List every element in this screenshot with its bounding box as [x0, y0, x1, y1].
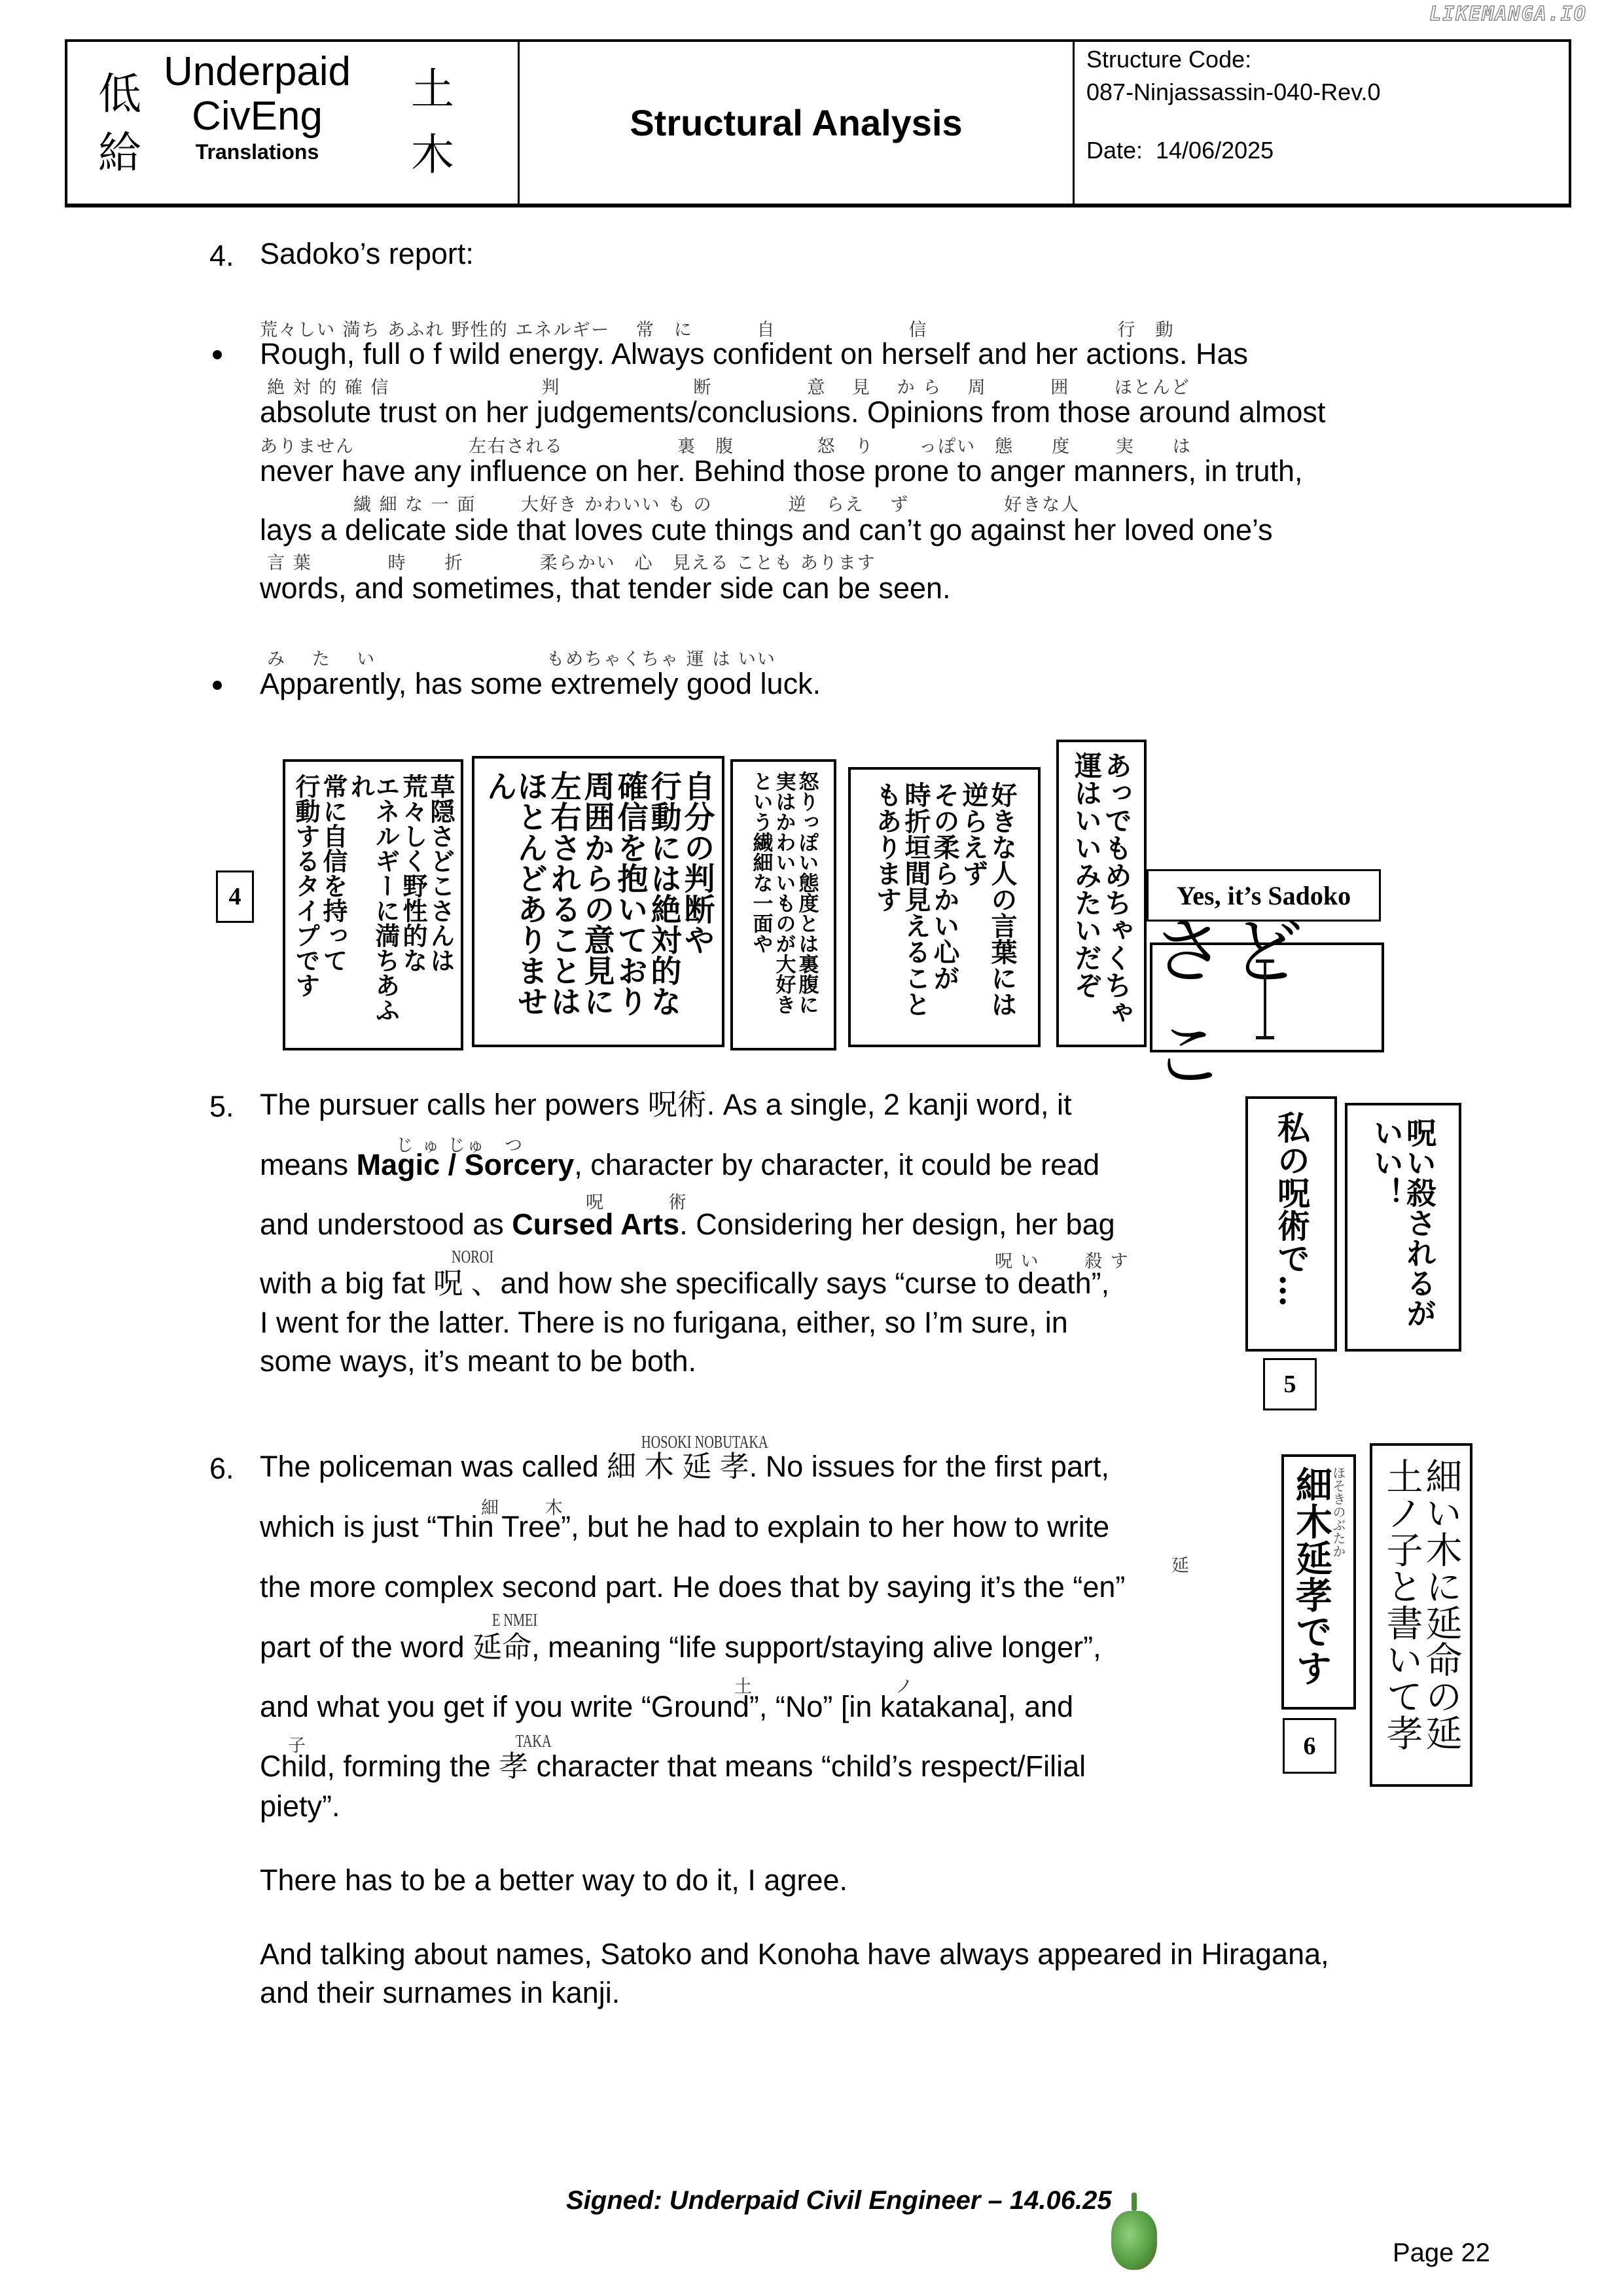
panel-text-column: 実はかわいいものが大好き [774, 771, 794, 1039]
title-block: Structural Analysis [520, 42, 1075, 204]
panel-text-column: 怒りっぽい態度とは裏腹に [796, 771, 817, 1039]
section-6-line: piety”. [260, 1791, 340, 1821]
panel-text-column: 草隠さどこさんは [428, 774, 453, 1036]
watermark: LIKEMANGA.IO [1429, 3, 1587, 26]
manga-panel: 好きな人の言葉には 逆らえず その柔らかい心が 時折垣間見えること もあります [848, 767, 1041, 1047]
section-6-number: 6. [209, 1452, 234, 1486]
panel-text-column: 私の呪術で… [1275, 1111, 1308, 1337]
panel-text-column: 逆らえず [960, 781, 986, 1033]
panel-text-column: 常に自信を持って [321, 774, 346, 1036]
report-line: words, and sometimes, that tender side c… [260, 573, 951, 603]
document-header: 低 給 Underpaid CivEng Translations 土 木 St… [65, 39, 1571, 207]
section-5-line: means Magic / Sorcery, character by char… [260, 1150, 1099, 1179]
structure-code-label: Structure Code: [1086, 46, 1251, 73]
meta-block: Structure Code: 087-Ninjassassin-040-Rev… [1075, 42, 1569, 204]
pepper-body [1111, 2211, 1157, 2270]
panel-text-column: あっでもめちゃくちゃ [1103, 751, 1130, 1035]
panel-text-column: 左右されることは [548, 770, 579, 1033]
panel-text-column: 自分の判断や [682, 770, 713, 1033]
section-6-line: Child, forming the 孝 character that mean… [260, 1751, 1086, 1781]
report-line: lays a delicate side that loves cute thi… [260, 515, 1273, 545]
section-5-number: 5. [209, 1090, 234, 1124]
logo-line-2: CivEng [149, 94, 365, 139]
section-6-paragraph: And talking about names, Satoko and Kono… [260, 1939, 1329, 1969]
text: and understood as [260, 1208, 512, 1241]
section-6-line: The policeman was called 細 木 延 孝. No iss… [260, 1452, 1109, 1481]
manga-panel: 呪い殺されるが いい！ [1345, 1103, 1461, 1352]
section-5-line: I went for the latter. There is no furig… [260, 1308, 1068, 1337]
panel-text-column: 運はいいみたいだぞ [1073, 751, 1100, 1035]
date-label: Date: [1086, 137, 1143, 164]
panel-text-column: エネルギーに満ちあふれ [348, 774, 398, 1036]
ruby-line: TAKA [516, 1731, 552, 1751]
text-cursor-icon [1264, 960, 1266, 1039]
panel-text-column: もあります [874, 781, 900, 1033]
term-cursed-arts: Cursed Arts [512, 1208, 679, 1241]
term-magic: Magic [357, 1148, 440, 1181]
panel-text-column: 土ノ子と書いて孝 [1383, 1458, 1420, 1772]
manga-panel: 怒りっぽい態度とは裏腹に 実はかわいいものが大好き という繊細な一面や [730, 759, 836, 1050]
report-line: Rough, full o f wild energy. Always conf… [260, 339, 1248, 368]
section-4-number: 4. [209, 239, 234, 273]
section-5-line: The pursuer calls her powers 呪術. As a si… [260, 1090, 1072, 1119]
bullet-2 [213, 681, 222, 690]
panel-text-column: 行動には絶対的な [649, 770, 679, 1033]
panel-label-5: 5 [1263, 1358, 1317, 1410]
ruby-line: E NMEI [492, 1610, 537, 1630]
section-5-line: and understood as Cursed Arts. Consideri… [260, 1210, 1115, 1239]
structure-code-value: 087-Ninjassassin-040-Rev.0 [1086, 79, 1381, 106]
manga-panel: 草隠さどこさんは 荒々しく野性的な エネルギーに満ちあふれ 常に自信を持って 行… [283, 759, 463, 1050]
panel-text-column: 荒々しく野性的な [401, 774, 425, 1036]
manga-panel: 自分の判断や 行動には絶対的な 確信を抱いており 周囲からの意見に 左右されるこ… [472, 756, 724, 1047]
panel-text-column: 行動するタイプです [293, 774, 318, 1036]
ruby-line: 延 [1171, 1551, 1190, 1577]
page-number: Page 22 [1393, 2238, 1490, 2268]
report-line: absolute trust on her judgements/conclus… [260, 397, 1325, 427]
section-6-line: the more complex second part. He does th… [260, 1572, 1125, 1602]
logo-line-1: Underpaid [149, 50, 365, 94]
panel-label-6: 6 [1283, 1718, 1336, 1774]
panel-text-column: 細木延孝です [1293, 1466, 1329, 1698]
panel-furigana: ほそきのぶたか [1332, 1466, 1345, 1698]
logo-kanji-right-1: 土 [406, 60, 459, 119]
pepper-icon [1111, 2193, 1157, 2270]
logo-kanji-left-2: 給 [94, 124, 146, 183]
manga-panel: ほそきのぶたか 細木延孝です [1281, 1454, 1356, 1710]
panel-text-column: 確信を抱いており [615, 770, 646, 1033]
panel-text-column: 時折垣間見えること [902, 781, 929, 1033]
page-title: Structural Analysis [630, 101, 962, 144]
logo-kanji-right-2: 木 [406, 126, 459, 185]
logo-line-3: Translations [149, 139, 365, 165]
date-value: 14/06/2025 [1156, 137, 1274, 164]
report-line: never have any influence on her. Behind … [260, 456, 1303, 486]
panel-text-column: という繊細な一面や [751, 771, 771, 1039]
panel-text-column: 細い木に延命の延 [1423, 1458, 1459, 1772]
panel-label-4: 4 [216, 870, 254, 923]
pepper-stem [1132, 2193, 1137, 2211]
term-sorcery: Sorcery [465, 1148, 575, 1181]
name-plate-panel: さどこ [1150, 942, 1384, 1052]
panel-text-column: 呪い殺されるが [1404, 1117, 1435, 1337]
text: , character by character, it could be re… [574, 1148, 1099, 1181]
panel-text-column: いい！ [1372, 1117, 1402, 1337]
manga-panel: 私の呪術で… [1245, 1096, 1337, 1352]
manga-panel: あっでもめちゃくちゃ 運はいいみたいだぞ [1056, 740, 1147, 1047]
section-6-paragraph: There has to be a better way to do it, I… [260, 1865, 847, 1895]
section-6-line: and what you get if you write “Ground”, … [260, 1692, 1073, 1721]
section-6-line: part of the word 延命, meaning “life suppo… [260, 1632, 1101, 1662]
section-5-line: some ways, it’s meant to be both. [260, 1346, 696, 1376]
panel-text-column: 周囲からの意見に [582, 770, 613, 1033]
ruby-line: 繊 細 な 一 面 大好き かわいい も の 逆 らえ ず 好きな人 [353, 490, 1080, 516]
separator: / [440, 1148, 465, 1181]
section-6-line: which is just “Thin Tree”, but he had to… [260, 1512, 1109, 1541]
logo-block: 低 給 Underpaid CivEng Translations 土 木 [67, 42, 520, 204]
ruby-line: NOROI [452, 1247, 493, 1267]
text: . Considering her design, her bag [679, 1208, 1115, 1241]
panel-text-column: 好きな人の言葉には [989, 781, 1015, 1033]
signature: Signed: Underpaid Civil Engineer – 14.06… [566, 2186, 1112, 2215]
panel-text-column: その柔らかい心が [931, 781, 957, 1033]
ruby-line: 言 葉 時 折 柔らかい 心 見える ことも あります [267, 548, 876, 574]
text: means [260, 1148, 357, 1181]
section-5-line: with a big fat 呪 、and how she specifical… [260, 1268, 1109, 1298]
manga-panel: 細い木に延命の延 土ノ子と書いて孝 [1370, 1443, 1472, 1787]
logo-kanji-left-1: 低 [94, 65, 146, 124]
bullet-1 [213, 350, 222, 359]
section-4-heading: Sadoko’s report: [260, 239, 474, 268]
name-plate-text: さどこ [1152, 894, 1382, 1101]
section-6-paragraph: and their surnames in kanji. [260, 1978, 620, 2007]
panel-text-column: ほとんどありません [484, 770, 546, 1033]
report-line: Apparently, has some extremely good luck… [260, 669, 821, 698]
logo-text: Underpaid CivEng Translations [149, 50, 365, 165]
